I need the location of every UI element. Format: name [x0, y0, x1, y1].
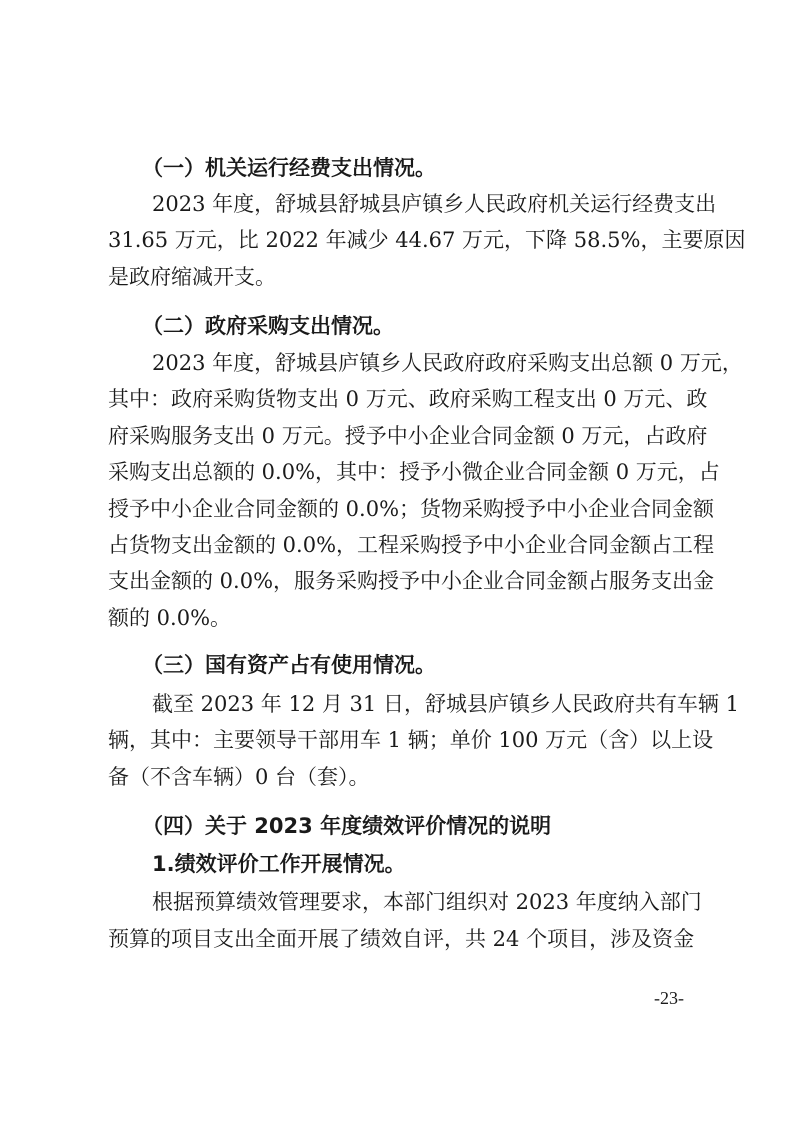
paragraph-line: 备（不含车辆）0 台（套）。	[108, 762, 690, 792]
paragraph-line: 预算的项目支出全面开展了绩效自评，共 24 个项目，涉及资金	[108, 924, 690, 954]
paragraph-line: 授予中小企业合同金额的 0.0%；货物采购授予中小企业合同金额	[108, 494, 690, 524]
paragraph-line: 根据预算绩效管理要求，本部门组织对 2023 年度纳入部门	[152, 887, 690, 917]
paragraph-line: 截至 2023 年 12 月 31 日，舒城县庐镇乡人民政府共有车辆 1	[152, 689, 690, 719]
paragraph-line: 2023 年度，舒城县舒城县庐镇乡人民政府机关运行经费支出	[152, 189, 690, 219]
section-heading-1: （一）机关运行经费支出情况。	[142, 153, 436, 183]
paragraph-line: 2023 年度，舒城县庐镇乡人民政府政府采购支出总额 0 万元，	[152, 348, 690, 378]
paragraph-line: 是政府缩减开支。	[108, 262, 690, 292]
subsection-heading: 1.绩效评价工作开展情况。	[152, 849, 406, 879]
section-heading-2: （二）政府采购支出情况。	[142, 311, 394, 341]
paragraph-line: 占货物支出金额的 0.0%，工程采购授予中小企业合同金额占工程	[108, 530, 690, 560]
section-heading-4: （四）关于 2023 年度绩效评价情况的说明	[142, 811, 551, 841]
paragraph-line: 其中：政府采购货物支出 0 万元、政府采购工程支出 0 万元、政	[108, 384, 690, 414]
section-heading-3: （三）国有资产占有使用情况。	[142, 650, 436, 680]
paragraph-line: 采购支出总额的 0.0%，其中：授予小微企业合同金额 0 万元，占	[108, 457, 690, 487]
paragraph-line: 府采购服务支出 0 万元。授予中小企业合同金额 0 万元，占政府	[108, 421, 690, 451]
paragraph-line: 31.65 万元，比 2022 年减少 44.67 万元，下降 58.5%，主要…	[108, 225, 690, 255]
document-page: （一）机关运行经费支出情况。 2023 年度，舒城县舒城县庐镇乡人民政府机关运行…	[0, 0, 793, 1122]
paragraph-line: 额的 0.0%。	[108, 603, 690, 633]
paragraph-line: 辆，其中：主要领导干部用车 1 辆；单价 100 万元（含）以上设	[108, 725, 690, 755]
paragraph-line: 支出金额的 0.0%，服务采购授予中小企业合同金额占服务支出金	[108, 566, 690, 596]
page-number: -23-	[654, 986, 684, 1010]
